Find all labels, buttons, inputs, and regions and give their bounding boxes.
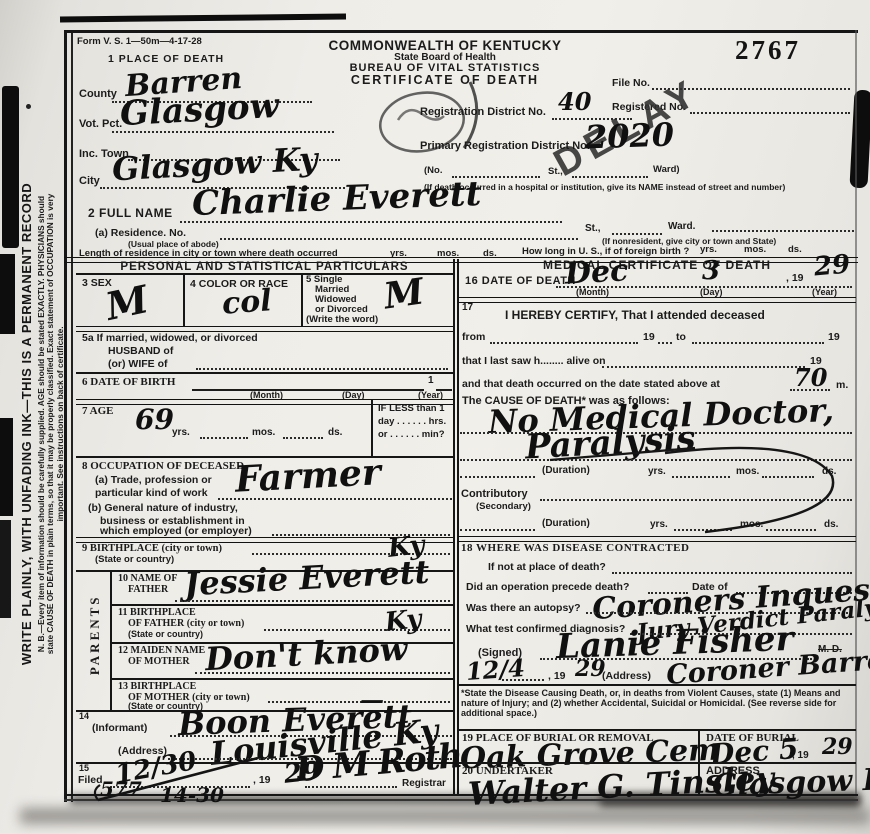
sex-value: M xyxy=(103,280,152,326)
rule xyxy=(458,762,856,764)
residence-st-label: St., xyxy=(585,224,601,235)
dotted-line xyxy=(283,436,323,439)
primary-registration-value: 2020 xyxy=(584,118,674,153)
wife-of-label: (or) WIFE of xyxy=(108,359,167,370)
cause-footnote: *State the Disease Causing Death, or, in… xyxy=(461,688,855,718)
certificate-number: 2767 xyxy=(735,36,801,64)
dotted-line xyxy=(712,229,854,232)
unit-mos: mos. xyxy=(744,245,766,255)
unit-yrs: yrs. xyxy=(172,428,190,439)
occupation-a-label: particular kind of work xyxy=(95,488,208,499)
n19-label: 19 xyxy=(828,332,840,343)
vot-pct-label: Vot. Pct. xyxy=(79,119,122,131)
m-label: m. xyxy=(836,380,848,391)
father-name-value: Jessie Everett xyxy=(183,556,430,601)
binding-strip xyxy=(0,520,11,618)
unit-ds: ds. xyxy=(788,245,802,255)
rule xyxy=(110,678,453,680)
frame-left-rule xyxy=(64,30,67,802)
time-of-death-value: 70 xyxy=(794,366,827,390)
heavy-rule xyxy=(458,297,856,303)
dotted-line xyxy=(218,497,452,500)
rule xyxy=(458,729,856,731)
informant-label: (Informant) xyxy=(92,723,147,734)
writing-line xyxy=(192,388,424,391)
residence-ward-label: Ward. xyxy=(668,222,695,233)
binding-strip xyxy=(0,418,13,516)
dotted-line xyxy=(502,678,544,681)
parents-vertical-label: PARENTS xyxy=(88,585,102,685)
birthplace-label: 9 BIRTHPLACE (city or town) xyxy=(82,543,222,554)
mother-birthplace-label: 13 BIRTHPLACE xyxy=(118,682,196,693)
date-of-death-year: 29 xyxy=(813,251,851,280)
registration-district-label: Registration District No. xyxy=(420,107,546,119)
row14-number: 14 xyxy=(79,712,89,721)
father-name-label: FATHER xyxy=(128,585,168,596)
burial-19-label: , 19 xyxy=(792,751,809,762)
unit-mos: mos. xyxy=(252,428,275,439)
dotted-line xyxy=(658,341,672,344)
vot-pct-value: Glasgow xyxy=(119,89,279,131)
state-country-label: (State or country) xyxy=(128,630,203,639)
dotted-line xyxy=(305,785,397,788)
occupation-value: Farmer xyxy=(234,454,382,498)
dob-label: 6 DATE OF BIRTH xyxy=(82,377,175,389)
dotted-line xyxy=(196,367,448,370)
state-country-label: (State or country) xyxy=(95,555,174,565)
pen-stroke-brace xyxy=(545,428,855,540)
dotted-line xyxy=(690,111,850,114)
if-less-label: day . . . . . . hrs. xyxy=(378,417,446,427)
rule xyxy=(76,372,453,374)
scan-artifact-top-bar xyxy=(60,14,346,23)
dotted-line xyxy=(692,341,824,344)
occupation-a-label: (a) Trade, profession or xyxy=(95,475,212,486)
full-name-value: Charlie Everett xyxy=(191,177,481,221)
year-prefix: 1 xyxy=(428,376,434,387)
county-label: County xyxy=(79,89,117,101)
personal-section-title: PERSONAL AND STATISTICAL PARTICULARS xyxy=(76,261,453,273)
frame-left-rule xyxy=(71,30,73,802)
margin-headline: WRITE PLAINLY, WITH UNFADING INK—THIS IS… xyxy=(20,54,34,794)
dotted-line xyxy=(220,237,578,240)
marital-value: M xyxy=(382,273,426,314)
registrar-label: Registrar xyxy=(402,779,446,790)
from-label: from xyxy=(462,332,485,343)
column-divider xyxy=(453,259,455,796)
medical-section-title: MEDICAL CERTIFICATE OF DEATH xyxy=(458,259,856,272)
cell-divider xyxy=(301,274,303,326)
father-name-label: 10 NAME OF xyxy=(118,574,177,585)
occupation-label: 8 OCCUPATION OF DECEASED xyxy=(82,461,244,473)
dotted-line xyxy=(490,341,638,344)
dotted-line xyxy=(112,130,334,133)
mother-maiden-value: Don't know xyxy=(204,633,408,676)
if-less-label: IF LESS than 1 xyxy=(378,404,445,414)
certify-statement: I HEREBY CERTIFY, That I attended deceas… xyxy=(505,309,765,322)
burial-year-value: 29 xyxy=(822,736,853,758)
column-divider xyxy=(457,259,459,796)
contributory-label: Contributory xyxy=(461,489,528,501)
death-occurred-label: and that death occurred on the date stat… xyxy=(462,379,720,390)
age-label: 7 AGE xyxy=(82,406,113,418)
pen-stroke xyxy=(90,750,280,804)
color-race-value: col xyxy=(221,286,273,319)
dotted-line xyxy=(612,571,852,574)
father-birthplace-label: OF FATHER (city or town) xyxy=(128,619,244,630)
unit-yrs: yrs. xyxy=(700,245,717,255)
husband-wife-label: 5a If married, widowed, or divorced xyxy=(82,333,258,344)
mother-maiden-label: OF MOTHER xyxy=(128,657,190,668)
row17-number: 17 xyxy=(462,303,473,314)
dotted-line xyxy=(180,220,562,223)
street-st-label: St., xyxy=(548,167,563,177)
dotted-line xyxy=(602,365,805,368)
margin-instructions: WRITE PLAINLY, WITH UNFADING INK—THIS IS… xyxy=(20,54,68,794)
parents-divider xyxy=(110,570,112,710)
dotted-line xyxy=(175,599,450,602)
registration-district-value: 40 xyxy=(558,90,591,114)
dotted-line xyxy=(572,175,648,178)
n19-label: 19 xyxy=(643,332,655,343)
marital-label: (Write the word) xyxy=(306,315,378,325)
residence-label: (a) Residence. No. xyxy=(95,228,186,239)
undertaker-address-value: Glasgow Ky xyxy=(712,765,870,802)
row15-number: 15 xyxy=(79,764,89,773)
dod-19-label: , 19 xyxy=(786,273,804,284)
dotted-line xyxy=(200,436,248,439)
occupation-b-label: (b) General nature of industry, xyxy=(88,503,238,514)
secondary-label: (Secondary) xyxy=(476,502,531,512)
husband-of-label: HUSBAND of xyxy=(108,346,173,357)
street-ward-label: Ward) xyxy=(653,165,680,175)
signed-19-label: , 19 xyxy=(548,671,566,682)
binding-strip xyxy=(2,86,19,248)
father-birthplace-label: 11 BIRTHPLACE xyxy=(118,608,196,619)
last-saw-label: that I last saw h........ alive on xyxy=(462,356,606,367)
death-certificate-scan: WRITE PLAINLY, WITH UNFADING INK—THIS IS… xyxy=(0,0,870,834)
signed-address-label: (Address) xyxy=(602,671,651,682)
binding-strip xyxy=(0,254,15,334)
circular-stamp xyxy=(372,80,512,175)
scan-shadow-bottom xyxy=(20,808,870,824)
occupation-b-label: which employed (or employer) xyxy=(100,526,252,537)
age-value: 69 xyxy=(135,406,174,434)
city-value: Glasgow Ky xyxy=(111,143,318,186)
if-less-label: or . . . . . . min? xyxy=(378,430,445,440)
to-label: to xyxy=(676,332,686,343)
dotted-line xyxy=(612,232,662,235)
rule xyxy=(458,684,856,686)
date-of-death-day: 3 xyxy=(702,258,720,284)
disease-contracted-label: 18 WHERE WAS DISEASE CONTRACTED xyxy=(461,543,689,555)
cell-divider xyxy=(371,400,373,456)
dotted-line xyxy=(195,671,450,674)
primary-registration-label: Primary Registration District No. xyxy=(420,141,590,153)
unit-ds: ds. xyxy=(328,428,342,439)
file-no-label: File No. xyxy=(612,78,650,89)
scan-artifact-right-edge xyxy=(849,90,870,189)
autopsy-label: Was there an autopsy? xyxy=(466,603,581,614)
full-name-label: 2 FULL NAME xyxy=(88,207,173,220)
form-number: Form V. S. 1—50m—4-17-28 xyxy=(77,37,202,47)
frame-top-rule xyxy=(64,30,858,33)
frame-right-rule xyxy=(855,30,857,798)
cell-divider xyxy=(183,274,185,326)
city-label: City xyxy=(79,176,100,188)
if-not-label: If not at place of death? xyxy=(488,562,606,573)
dotted-line xyxy=(460,528,535,531)
dotted-line xyxy=(460,475,535,478)
mother-maiden-label: 12 MAIDEN NAME xyxy=(118,646,205,657)
